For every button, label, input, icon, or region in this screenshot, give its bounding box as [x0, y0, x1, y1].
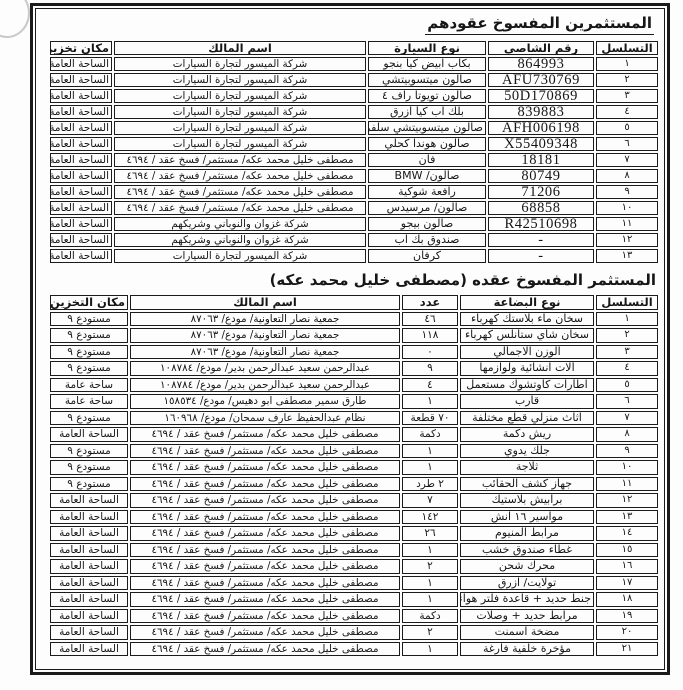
cell-owner-name: شركة غزوان والنوباني وشريكهم — [114, 233, 366, 247]
cell-serial: ٢٠ — [596, 625, 658, 640]
cell-storage: ساحة عامة — [50, 394, 128, 409]
cell-goods-type: غطاء صندوق خشب — [460, 543, 594, 558]
cell-owner-name: مصطفى خليل محمد عكه/ مستثمر/ فسخ عقد / ٤… — [130, 625, 400, 640]
cell-car-type: صالون تويوتا راف ٤ — [368, 89, 486, 103]
cell-serial: ٦ — [596, 137, 658, 151]
cell-goods-type: جلك يدوي — [460, 444, 594, 459]
cell-storage: الساحة العامة — [50, 89, 112, 103]
cell-goods-type: اطارات كاوتشوك مستعمل — [460, 378, 594, 393]
cell-owner-name: مصطفى خليل محمد عكه/ مستثمر/ فسخ عقد / ٤… — [130, 592, 400, 607]
document-frame: المستثمرين المفسوخ عقودهم التسلسل رقم ال… — [30, 3, 670, 675]
cell-owner-name: جمعية نصار التعاونية/ مودع/ ٨٧٠٦٣ — [130, 345, 400, 360]
cell-owner-name: شركة الميسور لتجارة السيارات — [114, 105, 366, 119]
cell-chassis: 71206 — [488, 185, 594, 199]
cell-storage: الساحة العامة — [50, 169, 112, 183]
cell-serial: ١٦ — [596, 559, 658, 574]
goods-row: ٦ قارب ١ طارق سمير مصطفى ابو دهيس/ مودع/… — [50, 394, 658, 409]
vehicle-row: ٥ AFH006198 صالون ميتسوبيتشي سلفر شركة ا… — [50, 121, 658, 135]
cell-storage: مستودع ٩ — [50, 328, 128, 343]
cell-goods-type: مضخة اسمنت — [460, 625, 594, 640]
cell-serial: ١١ — [596, 217, 658, 231]
goods-row: ١٦ محرك شحن ٢ مصطفى خليل محمد عكه/ مستثم… — [50, 559, 658, 574]
cell-owner-name: نظام عبدالحفيظ عارف سمحان/ مودع/ ١٦٠٩٦٨ — [130, 411, 400, 426]
header-owner-name: اسم المالك — [114, 41, 366, 55]
vehicle-row: ٣ 50D170869 صالون تويوتا راف ٤ شركة المي… — [50, 89, 658, 103]
cell-owner-name: جمعية نصار التعاونية/ مودع/ ٨٧٠٦٣ — [130, 328, 400, 343]
cell-count: ٧٠ قطعة — [402, 411, 458, 426]
cell-storage: الساحة العامة — [50, 559, 128, 574]
cell-owner-name: مصطفى خليل محمد عكه/ مستثمر/ فسخ عقد / ٤… — [130, 559, 400, 574]
cell-chassis: AFH006198 — [488, 121, 594, 135]
cell-storage: مستودع ٩ — [50, 312, 128, 327]
cell-storage: الساحة العامة — [50, 137, 112, 151]
cell-owner-name: مصطفى خليل محمد عكه/ مستثمر/ فسخ عقد / ٤… — [114, 201, 366, 215]
cell-storage: الساحة العامة — [50, 625, 128, 640]
cell-goods-type: جهاز كشف الحقائب — [460, 477, 594, 492]
cell-serial: ١٢ — [596, 493, 658, 508]
cell-goods-type: محرك شحن — [460, 559, 594, 574]
cell-serial: ١ — [596, 57, 658, 71]
cell-owner-name: طارق سمير مصطفى ابو دهيس/ مودع/ ١٥٨٥٣٤ — [130, 394, 400, 409]
cell-count: ١ — [402, 444, 458, 459]
goods-row: ١٣ مواسير ١٦ انش ١٤٢ مصطفى خليل محمد عكه… — [50, 510, 658, 525]
cell-owner-name: مصطفى خليل محمد عكه/ مستثمر/ فسخ عقد / ٤… — [130, 444, 400, 459]
cell-storage: الساحة العامة — [50, 185, 112, 199]
cell-car-type: صالون هوندا كحلي — [368, 137, 486, 151]
cell-chassis: 864993 — [488, 57, 594, 71]
cell-count: ١ — [402, 543, 458, 558]
cell-storage: ساحة عامة — [50, 378, 128, 393]
cell-storage: الساحة العامة — [50, 510, 128, 525]
cell-chassis: 68858 — [488, 201, 594, 215]
section1-title: المستثمرين المفسوخ عقودهم — [425, 14, 654, 35]
cell-count: ٧ — [402, 493, 458, 508]
cell-goods-type: قارب — [460, 394, 594, 409]
cell-car-type: بكاب ابيض كيا بنجو — [368, 57, 486, 71]
cell-goods-type: اثاث منزلي قطع مختلفة — [460, 411, 594, 426]
goods-row: ١٧ تولايت/ ازرق ١ مصطفى خليل محمد عكه/ م… — [50, 576, 658, 591]
cell-storage: الساحة العامة — [50, 642, 128, 657]
cell-car-type: صالون ميتسوبيتشي سلفر — [368, 121, 486, 135]
cell-serial: ٦ — [596, 394, 658, 409]
cell-storage: الساحة العامة — [50, 493, 128, 508]
cell-owner-name: شركة غزوان والنوباني وشريكهم — [114, 217, 366, 231]
cell-owner-name: مصطفى خليل محمد عكه/ مستثمر/ فسخ عقد / ٤… — [130, 427, 400, 442]
cell-count: دكمة — [402, 427, 458, 442]
cell-storage: الساحة العامة — [50, 249, 112, 263]
cell-storage: مستودع ٩ — [50, 477, 128, 492]
goods-row: ١٨ جنط حديد + قاعدة فلتر هواء ١ مصطفى خل… — [50, 592, 658, 607]
cell-chassis: - — [488, 233, 594, 247]
cell-owner-name: شركة الميسور لتجارة السيارات — [114, 73, 366, 87]
cell-car-type: صالون/ مرسيدس — [368, 201, 486, 215]
cell-storage: مستودع ٩ — [50, 361, 128, 376]
cell-count: ٢٦ — [402, 526, 458, 541]
cell-serial: ١٠ — [596, 460, 658, 475]
vehicles-table-header-row: التسلسل رقم الشاصي نوع السيارة اسم المال… — [50, 41, 658, 55]
cell-goods-type: ألات انشائية ولوازمها — [460, 361, 594, 376]
goods-row: ١٠ ثلاجة ١ مصطفى خليل محمد عكه/ مستثمر/ … — [50, 460, 658, 475]
vehicle-row: ١٠ 68858 صالون/ مرسيدس مصطفى خليل محمد ع… — [50, 201, 658, 215]
cell-count: ٤ — [402, 378, 458, 393]
cell-storage: الساحة العامة — [50, 526, 128, 541]
corner-scan-artifact — [0, 0, 30, 38]
cell-serial: ٨ — [596, 169, 658, 183]
cell-storage: الساحة العامة — [50, 427, 128, 442]
cell-serial: ٣ — [596, 345, 658, 360]
cell-storage: الساحة العامة — [50, 217, 112, 231]
goods-row: ١٤ مرابط المنيوم ٢٦ مصطفى خليل محمد عكه/… — [50, 526, 658, 541]
cell-car-type: كرفان — [368, 249, 486, 263]
header-car-type: نوع السيارة — [368, 41, 486, 55]
cell-serial: ١٨ — [596, 592, 658, 607]
cell-storage: الساحة العامة — [50, 592, 128, 607]
cell-car-type: رافعة شوكية — [368, 185, 486, 199]
cell-goods-type: الوزن الاجمالي — [460, 345, 594, 360]
cell-owner-name: مصطفى خليل محمد عكه/ مستثمر/ فسخ عقد / ٤… — [130, 543, 400, 558]
cell-owner-name: مصطفى خليل محمد عكه/ مستثمر/ فسخ عقد / ٤… — [130, 576, 400, 591]
cell-goods-type: مرابط المنيوم — [460, 526, 594, 541]
cell-count: ١ — [402, 592, 458, 607]
cell-chassis: - — [488, 249, 594, 263]
goods-row: ٣ الوزن الاجمالي ٠ جمعية نصار التعاونية/… — [50, 345, 658, 360]
section2-title: المستثمر المفسوخ عقده (مصطفى خليل محمد ع… — [270, 271, 656, 289]
cell-chassis: 18181 — [488, 153, 594, 167]
cell-serial: ١٠ — [596, 201, 658, 215]
cell-storage: مستودع ٩ — [50, 444, 128, 459]
cell-count: ١ — [402, 460, 458, 475]
goods-row: ١ سخان ماء بلاستك كهرباء ٤٦ جمعية نصار ا… — [50, 312, 658, 327]
section2-title-row: المستثمر المفسوخ عقده (مصطفى خليل محمد ع… — [40, 270, 656, 289]
header-storage: مكان التخزين — [50, 295, 128, 310]
cell-count: ١ — [402, 576, 458, 591]
goods-row: ١٩ مرابط حديد + وصلات دكمة مصطفى خليل مح… — [50, 609, 658, 624]
section1-title-row: المستثمرين المفسوخ عقودهم — [40, 13, 654, 35]
cell-serial: ٣ — [596, 89, 658, 103]
cell-car-type: صالون/ BMW — [368, 169, 486, 183]
cell-count: ٩ — [402, 361, 458, 376]
cell-serial: ١٤ — [596, 526, 658, 541]
cell-count: دكمة — [402, 609, 458, 624]
goods-row: ٤ ألات انشائية ولوازمها ٩ عبدالرحمن سعيد… — [50, 361, 658, 376]
terminated-investor-goods-table: التسلسل نوع البضاعة عدد اسم المالك مكان … — [48, 293, 660, 658]
cell-goods-type: ثلاجة — [460, 460, 594, 475]
cell-owner-name: مصطفى خليل محمد عكه/ مستثمر/ فسخ عقد / ٤… — [130, 477, 400, 492]
cell-storage: الساحة العامة — [50, 105, 112, 119]
goods-table-header-row: التسلسل نوع البضاعة عدد اسم المالك مكان … — [50, 295, 658, 310]
cell-count: ٢ — [402, 559, 458, 574]
cell-serial: ١٥ — [596, 543, 658, 558]
goods-row: ٩ جلك يدوي ١ مصطفى خليل محمد عكه/ مستثمر… — [50, 444, 658, 459]
cell-goods-type: جنط حديد + قاعدة فلتر هواء — [460, 592, 594, 607]
cell-serial: ١٣ — [596, 249, 658, 263]
cell-chassis: 50D170869 — [488, 89, 594, 103]
cell-goods-type: مؤخرة خلفية فارغة — [460, 642, 594, 657]
cell-count: ٢ طرد — [402, 477, 458, 492]
cell-serial: ٢ — [596, 73, 658, 87]
cell-car-type: بلك اب كيا ازرق — [368, 105, 486, 119]
header-serial: التسلسل — [596, 295, 658, 310]
header-serial: التسلسل — [596, 41, 658, 55]
cell-storage: الساحة العامة — [50, 57, 112, 71]
cell-serial: ٧ — [596, 153, 658, 167]
cell-owner-name: عبدالرحمن سعيد عبدالرحمن بدير/ مودع/ ١٠٨… — [130, 361, 400, 376]
cell-owner-name: شركة الميسور لتجارة السيارات — [114, 137, 366, 151]
cell-storage: الساحة العامة — [50, 543, 128, 558]
cell-storage: الساحة العامة — [50, 576, 128, 591]
vehicle-row: ١٢ - صندوق بك اب شركة غزوان والنوباني وش… — [50, 233, 658, 247]
cell-serial: ٨ — [596, 427, 658, 442]
header-count: عدد — [402, 295, 458, 310]
cell-chassis: X55409348 — [488, 137, 594, 151]
cell-storage: مستودع ٩ — [50, 460, 128, 475]
cell-chassis: 80749 — [488, 169, 594, 183]
cell-serial: ٧ — [596, 411, 658, 426]
cell-goods-type: سخان شاي ستانلس كهرباء — [460, 328, 594, 343]
cell-count: ٤٦ — [402, 312, 458, 327]
vehicle-row: ١ 864993 بكاب ابيض كيا بنجو شركة الميسور… — [50, 57, 658, 71]
cell-goods-type: مرابط حديد + وصلات — [460, 609, 594, 624]
cell-serial: ٩ — [596, 444, 658, 459]
cell-count: ١١٨ — [402, 328, 458, 343]
cell-goods-type: تولايت/ ازرق — [460, 576, 594, 591]
cell-serial: ١ — [596, 312, 658, 327]
cell-car-type: فان — [368, 153, 486, 167]
cell-owner-name: شركة الميسور لتجارة السيارات — [114, 89, 366, 103]
scanned-document-page: المستثمرين المفسوخ عقودهم التسلسل رقم ال… — [0, 0, 683, 690]
cell-count: ١ — [402, 642, 458, 657]
cell-car-type: صالون بيجو — [368, 217, 486, 231]
vehicle-row: ٤ 839883 بلك اب كيا ازرق شركة الميسور لت… — [50, 105, 658, 119]
cell-owner-name: مصطفى خليل محمد عكه/ مستثمر/ فسخ عقد / ٤… — [130, 510, 400, 525]
cell-count: ١٤٢ — [402, 510, 458, 525]
goods-row: ١١ جهاز كشف الحقائب ٢ طرد مصطفى خليل محم… — [50, 477, 658, 492]
header-chassis: رقم الشاصي — [488, 41, 594, 55]
cell-serial: ٩ — [596, 185, 658, 199]
cell-serial: ١١ — [596, 477, 658, 492]
cell-chassis: AFU730769 — [488, 73, 594, 87]
goods-row: ٧ اثاث منزلي قطع مختلفة ٧٠ قطعة نظام عبد… — [50, 411, 658, 426]
vehicle-row: ٢ AFU730769 صالون ميتسوبيتشي شركة الميسو… — [50, 73, 658, 87]
goods-row: ٨ ريش دكمة دكمة مصطفى خليل محمد عكه/ مست… — [50, 427, 658, 442]
cell-count: ٠ — [402, 345, 458, 360]
cell-owner-name: شركة الميسور لتجارة السيارات — [114, 57, 366, 71]
cell-storage: مستودع ٩ — [50, 345, 128, 360]
cell-car-type: صالون ميتسوبيتشي — [368, 73, 486, 87]
vehicle-row: ١١ R42510698 صالون بيجو شركة غزوان والنو… — [50, 217, 658, 231]
cell-count: ٢ — [402, 625, 458, 640]
cell-storage: الساحة العامة — [50, 609, 128, 624]
vehicle-row: ٦ X55409348 صالون هوندا كحلي شركة الميسو… — [50, 137, 658, 151]
cell-owner-name: شركة الميسور لتجارة السيارات — [114, 121, 366, 135]
cell-owner-name: مصطفى خليل محمد عكه/ مستثمر/ فسخ عقد / ٤… — [130, 526, 400, 541]
cell-goods-type: برابيش بلاستيك — [460, 493, 594, 508]
cell-serial: ١٣ — [596, 510, 658, 525]
goods-row: ٥ اطارات كاوتشوك مستعمل ٤ عبدالرحمن سعيد… — [50, 378, 658, 393]
cell-owner-name: مصطفى خليل محمد عكه/ مستثمر/ فسخ عقد / ٤… — [130, 493, 400, 508]
vehicle-row: ١٣ - كرفان شركة الميسور لتجارة السيارات … — [50, 249, 658, 263]
cell-serial: ٤ — [596, 361, 658, 376]
cell-serial: ١٧ — [596, 576, 658, 591]
cell-serial: ٥ — [596, 121, 658, 135]
vehicle-row: ٩ 71206 رافعة شوكية مصطفى خليل محمد عكه/… — [50, 185, 658, 199]
cell-owner-name: جمعية نصار التعاونية/ مودع/ ٨٧٠٦٣ — [130, 312, 400, 327]
header-storage: مكان تخزين — [50, 41, 112, 55]
cell-car-type: صندوق بك اب — [368, 233, 486, 247]
cell-serial: ٤ — [596, 105, 658, 119]
cell-owner-name: عبدالرحمن سعيد عبدالرحمن بدير/ مودع/ ١٠٨… — [130, 378, 400, 393]
cell-owner-name: مصطفى خليل محمد عكه/ مستثمر/ فسخ عقد / ٤… — [114, 185, 366, 199]
header-goods-type: نوع البضاعة — [460, 295, 594, 310]
cell-storage: الساحة العامة — [50, 73, 112, 87]
cell-serial: ١٩ — [596, 609, 658, 624]
vehicle-row: ٨ 80749 صالون/ BMW مصطفى خليل محمد عكه/ … — [50, 169, 658, 183]
cell-serial: ٥ — [596, 378, 658, 393]
cell-storage: الساحة العامة — [50, 233, 112, 247]
cell-storage: الساحة العامة — [50, 121, 112, 135]
cell-goods-type: مواسير ١٦ انش — [460, 510, 594, 525]
header-owner-name: اسم المالك — [130, 295, 400, 310]
cell-serial: ٢ — [596, 328, 658, 343]
cell-owner-name: مصطفى خليل محمد عكه/ مستثمر/ فسخ عقد / ٤… — [114, 153, 366, 167]
goods-row: ٢ سخان شاي ستانلس كهرباء ١١٨ جمعية نصار … — [50, 328, 658, 343]
cell-owner-name: مصطفى خليل محمد عكه/ مستثمر/ فسخ عقد / ٤… — [114, 169, 366, 183]
cell-chassis: R42510698 — [488, 217, 594, 231]
vehicle-row: ٧ 18181 فان مصطفى خليل محمد عكه/ مستثمر/… — [50, 153, 658, 167]
cell-owner-name: مصطفى خليل محمد عكه/ مستثمر/ فسخ عقد / ٤… — [130, 609, 400, 624]
goods-row: ٢٠ مضخة اسمنت ٢ مصطفى خليل محمد عكه/ مست… — [50, 625, 658, 640]
cell-goods-type: ريش دكمة — [460, 427, 594, 442]
goods-row: ٢١ مؤخرة خلفية فارغة ١ مصطفى خليل محمد ع… — [50, 642, 658, 657]
cell-storage: مستودع ٩ — [50, 411, 128, 426]
cell-owner-name: مصطفى خليل محمد عكه/ مستثمر/ فسخ عقد / ٤… — [130, 460, 400, 475]
cell-owner-name: مصطفى خليل محمد عكه/ مستثمر/ فسخ عقد / ٤… — [130, 642, 400, 657]
cell-count: ١ — [402, 394, 458, 409]
cell-chassis: 839883 — [488, 105, 594, 119]
cell-serial: ٢١ — [596, 642, 658, 657]
goods-row: ١٥ غطاء صندوق خشب ١ مصطفى خليل محمد عكه/… — [50, 543, 658, 558]
document-frame-inner: المستثمرين المفسوخ عقودهم التسلسل رقم ال… — [35, 8, 665, 670]
goods-row: ١٢ برابيش بلاستيك ٧ مصطفى خليل محمد عكه/… — [50, 493, 658, 508]
terminated-investors-vehicles-table: التسلسل رقم الشاصي نوع السيارة اسم المال… — [48, 39, 660, 265]
cell-serial: ١٢ — [596, 233, 658, 247]
cell-goods-type: سخان ماء بلاستك كهرباء — [460, 312, 594, 327]
cell-storage: الساحة العامة — [50, 201, 112, 215]
cell-storage: الساحة العامة — [50, 153, 112, 167]
cell-owner-name: شركة الميسور لتجارة السيارات — [114, 249, 366, 263]
